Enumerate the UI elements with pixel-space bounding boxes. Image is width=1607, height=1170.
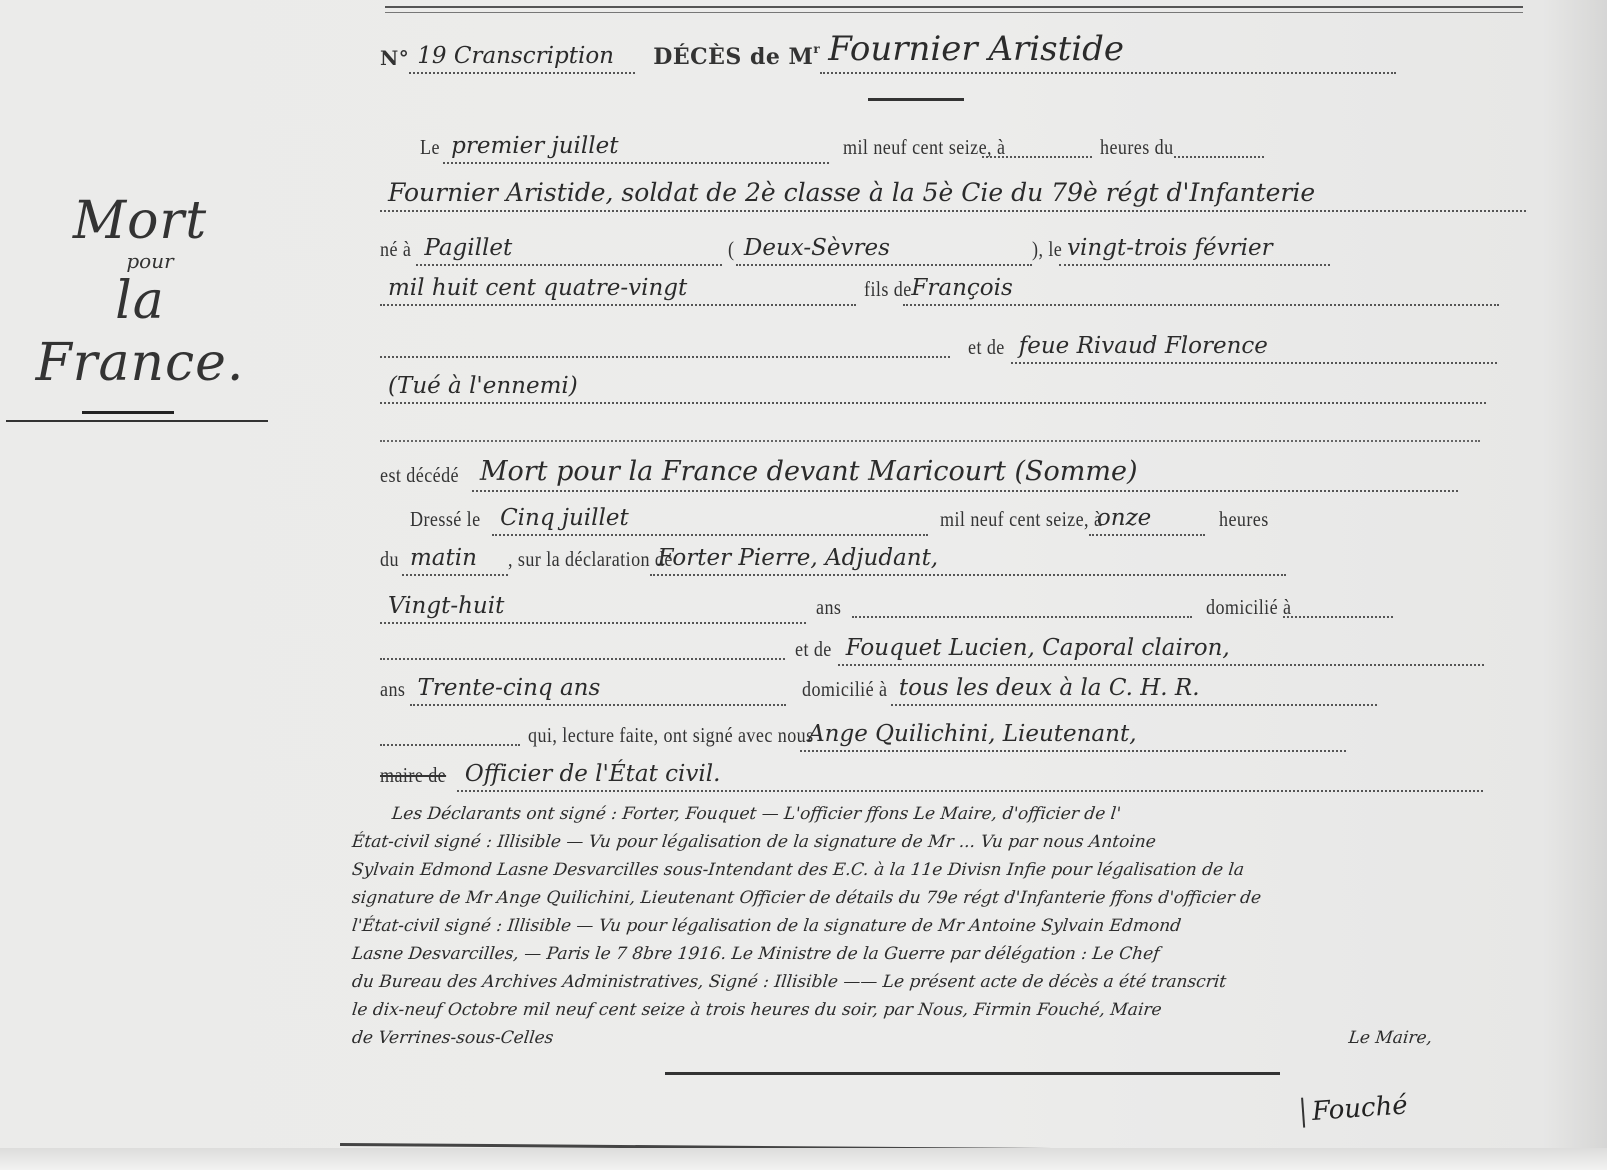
label-maire-de: maire de <box>380 763 446 792</box>
birth-date: vingt-trois février <box>1059 235 1330 266</box>
margin-annotation: Mort pour la France. <box>10 190 270 394</box>
scan-bottom-strip <box>0 1148 1607 1170</box>
label-du: du <box>380 547 399 576</box>
record-time: matin <box>402 545 508 576</box>
margin-pour: pour <box>30 252 270 270</box>
line-declarant-age: Vingt-huit ans domicilié à <box>380 590 1393 624</box>
transcription-line: État-civil signé : Illisible — Vu pour l… <box>351 828 1594 856</box>
label-heures-du: heures du <box>1100 135 1174 164</box>
transcription-last-line: de Verrines-sous-Celles Le Maire, <box>351 1024 1434 1052</box>
label-domicilie: domicilié à <box>1206 595 1291 624</box>
mayor-signature: Fouché <box>1301 1090 1409 1127</box>
deceased-name: Fournier Aristide <box>820 29 1396 74</box>
birth-year: mil huit cent quatre-vingt <box>380 275 856 306</box>
father-name: François <box>903 275 1499 306</box>
label-ans-2: ans <box>380 677 405 706</box>
line-second-declarant-age: ans Trente-cinq ans domicilié à tous les… <box>380 672 1377 706</box>
title-suffix: r <box>813 42 820 74</box>
blank-line <box>380 440 1480 442</box>
transcription-line: signature de Mr Ange Quilichini, Lieuten… <box>351 884 1594 912</box>
transcription-line: Lasne Desvarcilles, — Paris le 7 8bre 19… <box>351 940 1594 968</box>
death-date: premier juillet <box>443 133 829 164</box>
line-mother: et de feue Rivaud Florence <box>380 330 1497 364</box>
label-ans: ans <box>816 595 841 624</box>
label-et-de-2: et de <box>795 637 832 666</box>
label-dresse-le: Dressé le <box>410 507 481 536</box>
line-drawn-up: Dressé le Cinq juillet mil neuf cent sei… <box>410 502 1277 536</box>
label-year-2: mil neuf cent seize, à <box>940 507 1102 536</box>
second-declarant: Fouquet Lucien, Caporal clairon, <box>838 635 1484 666</box>
label-et-de: et de <box>968 335 1005 364</box>
margin-underline-short <box>82 411 174 414</box>
transcription-line: le dix-neuf Octobre mil neuf cent seize … <box>351 996 1594 1024</box>
header-row: N° 19 Cranscription DÉCÈS de M r Fournie… <box>380 40 1396 74</box>
label-year: mil neuf cent seize, à <box>843 135 1005 164</box>
margin-la-france: la France. <box>10 270 270 394</box>
deceased-identity: Fournier Aristide, soldat de 2è classe à… <box>380 178 1526 212</box>
second-declarant-age: Trente-cinq ans <box>410 675 786 706</box>
transcription-line: l'État-civil signé : Illisible — Vu pour… <box>351 912 1594 940</box>
first-declarant-age: Vingt-huit <box>380 593 806 624</box>
title-rule <box>868 98 964 101</box>
first-declarant: Forter Pierre, Adjudant, <box>650 545 1286 576</box>
page-top-border <box>385 6 1523 13</box>
blank-signed <box>380 742 520 746</box>
label-lecture-faite: qui, lecture faite, ont signé avec nous <box>528 723 814 752</box>
transcription-line: de Verrines-sous-Celles <box>351 1024 555 1052</box>
line-death-place: est décédé Mort pour la France devant Ma… <box>380 458 1458 492</box>
margin-underline <box>6 420 268 422</box>
label-est-decede: est décédé <box>380 463 459 492</box>
blank-domicile-2 <box>380 656 785 660</box>
death-note: (Tué à l'ennemi) <box>380 373 1486 404</box>
le-maire-label: Le Maire, <box>1347 1024 1433 1052</box>
closing-rule <box>665 1072 1280 1075</box>
record-hour: onze <box>1089 505 1205 536</box>
label-le: Le <box>420 135 440 164</box>
line-signed: qui, lecture faite, ont signé avec nous … <box>380 718 1346 752</box>
label-domicilie-2: domicilié à <box>802 677 887 706</box>
transcription-block: Les Déclarants ont signé : Forter, Fouqu… <box>352 800 1592 1052</box>
birth-place: Pagillet <box>416 235 722 266</box>
line-father: mil huit cent quatre-vingt fils de Franç… <box>380 272 1499 306</box>
death-place: Mort pour la France devant Maricourt (So… <box>472 456 1458 492</box>
number-value: 19 Cranscription <box>409 43 635 74</box>
civil-officer: Ange Quilichini, Lieutenant, <box>800 721 1346 752</box>
line-identity: Fournier Aristide, soldat de 2è classe à… <box>380 178 1526 212</box>
line-birthplace: né à Pagillet ( Deux-Sèvres ), le vingt-… <box>380 232 1330 266</box>
officer-title: Officier de l'État civil. <box>457 761 1483 792</box>
label-ne-a: né à <box>380 237 411 266</box>
declarants-domicile: tous les deux à la C. H. R. <box>891 675 1377 706</box>
line-date-of-death: Le premier juillet mil neuf cent seize, … <box>420 130 1264 164</box>
label-fils-de: fils de <box>864 277 912 306</box>
line-officer-title: maire de Officier de l'État civil. <box>380 758 1483 792</box>
blank-father-extra <box>380 354 950 358</box>
blank-time <box>1174 154 1264 158</box>
birth-department: Deux-Sèvres <box>736 235 1032 266</box>
document-title: DÉCÈS de M <box>653 44 813 74</box>
line-second-declarant: et de Fouquet Lucien, Caporal clairon, <box>380 632 1484 666</box>
mother-name: feue Rivaud Florence <box>1011 333 1497 364</box>
margin-mort: Mort <box>10 190 270 252</box>
blank-domicile-1b <box>1283 614 1393 618</box>
label-heures: heures <box>1219 507 1269 536</box>
paren-open: ( <box>728 237 734 266</box>
transcription-line: du Bureau des Archives Administratives, … <box>351 968 1594 996</box>
record-date: Cinq juillet <box>492 505 928 536</box>
line-note: (Tué à l'ennemi) <box>380 370 1486 404</box>
blank-domicile-1 <box>852 614 1192 618</box>
number-label: N° <box>380 46 409 74</box>
transcription-line: Les Déclarants ont signé : Forter, Fouqu… <box>351 800 1594 828</box>
transcription-line: Sylvain Edmond Lasne Desvarcilles sous-I… <box>351 856 1594 884</box>
line-declaration: du matin , sur la déclaration de Forter … <box>380 542 1286 576</box>
scanned-document-page: Mort pour la France. N° 19 Cranscription… <box>0 0 1607 1170</box>
label-declaration: , sur la déclaration de <box>508 547 673 576</box>
label-le-date: ), le <box>1032 237 1062 266</box>
